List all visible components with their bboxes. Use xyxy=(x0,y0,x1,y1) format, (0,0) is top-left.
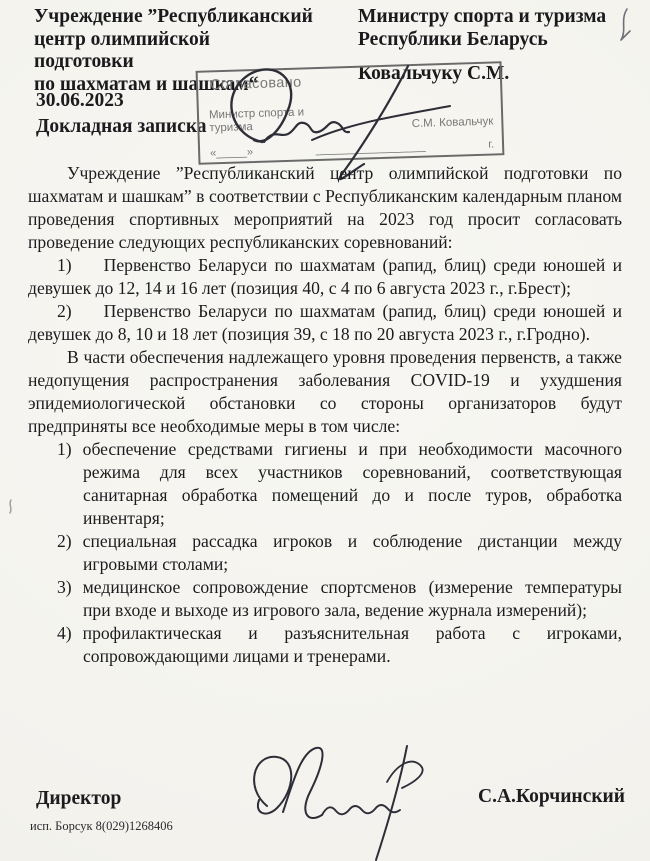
measure-item-1: 1)обеспечение средствами гигиены и при н… xyxy=(28,438,622,530)
measure-3-number: 3) xyxy=(57,577,72,597)
director-title: Директор xyxy=(36,788,121,810)
document-type-title: Докладная записка xyxy=(36,116,207,138)
competition-2-text: Первенство Беларуси по шахматам (рапид, … xyxy=(28,301,622,344)
measure-2-number: 2) xyxy=(57,531,72,551)
competition-1-text: Первенство Беларуси по шахматам (рапид, … xyxy=(28,255,622,298)
stamp-signer-name: С.М. Ковальчук xyxy=(412,116,494,131)
addressee-line-1: Министру спорта и туризма xyxy=(358,6,633,29)
measure-4-number: 4) xyxy=(57,623,72,643)
stamp-date-blank: __________________ xyxy=(253,139,489,158)
stamp-date-quote: «_____» xyxy=(210,146,253,159)
measure-2-text: специальная рассадка игроков и соблюдени… xyxy=(83,531,622,574)
competition-item-2: 2)Первенство Беларуси по шахматам (рапид… xyxy=(28,300,622,346)
body-paragraph-1: Учреждение ”Республиканский центр олимпи… xyxy=(28,162,622,254)
addressee-line-2: Республики Беларусь xyxy=(358,29,633,52)
document-date: 30.06.2023 xyxy=(36,90,124,112)
director-name: С.А.Корчинский xyxy=(478,786,625,808)
stamp-position-line-2: туризма xyxy=(209,121,253,134)
competition-1-number: 1) xyxy=(57,255,72,275)
stamp-date-suffix: г. xyxy=(488,138,494,150)
document-body: Учреждение ”Республиканский центр олимпи… xyxy=(28,162,622,668)
competition-item-1: 1)Первенство Беларуси по шахматам (рапид… xyxy=(28,254,622,300)
director-signature-ink xyxy=(237,742,452,861)
body-paragraph-2: В части обеспечения надлежащего уровня п… xyxy=(28,346,622,438)
stamp-date-line: «_____» __________________ г. xyxy=(210,138,494,159)
measure-1-number: 1) xyxy=(57,439,72,459)
measure-3-text: медицинское сопровождение спортсменов (и… xyxy=(83,577,622,620)
measure-item-2: 2)специальная рассадка игроков и соблюде… xyxy=(28,530,622,576)
stamp-position-line-1: Министр спорта и xyxy=(209,106,304,121)
competition-2-number: 2) xyxy=(57,301,72,321)
measure-1-text: обеспечение средствами гигиены и при нео… xyxy=(83,439,622,528)
executor-note: исп. Борсук 8(029)1268406 xyxy=(30,819,173,834)
sender-line-1: Учреждение ”Республиканский xyxy=(34,6,314,29)
sender-line-2: центр олимпийской подготовки xyxy=(34,29,314,74)
measure-item-4: 4)профилактическая и разъяснительная раб… xyxy=(28,622,622,668)
measure-4-text: профилактическая и разъяснительная работ… xyxy=(83,623,622,666)
approval-stamp: Согласовано Министр спорта и туризма С.М… xyxy=(196,61,505,165)
measure-item-3: 3)медицинское сопровождение спортсменов … xyxy=(28,576,622,622)
stamp-approved-label: Согласовано xyxy=(210,75,302,94)
scanned-memo-page: Учреждение ”Республиканский центр олимпи… xyxy=(0,0,650,861)
stray-mark-left-margin xyxy=(4,498,18,516)
